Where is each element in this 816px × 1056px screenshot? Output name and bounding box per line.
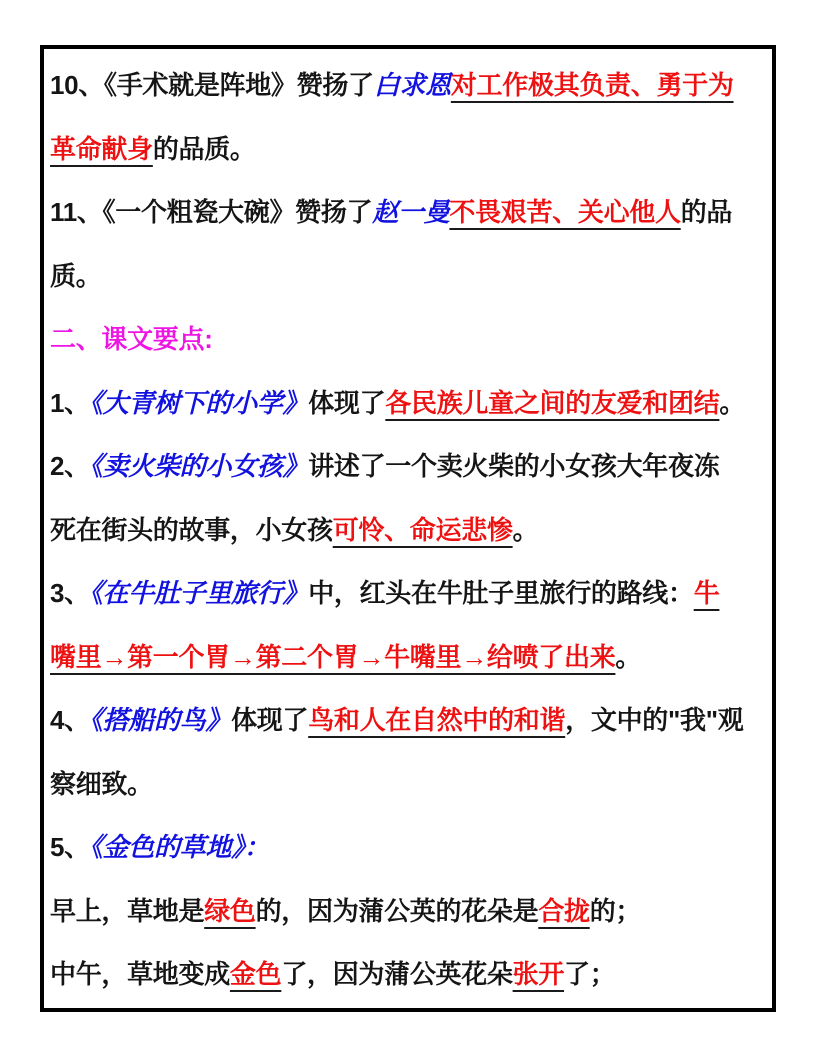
text-line: 死在街头的故事，小女孩可怜、命运悲惨。 [50, 499, 770, 563]
body-text-run: ，文中的"我"观 [565, 705, 743, 735]
key-point-run: 鸟和人在自然中的和谐 [308, 705, 565, 735]
key-point-run: 张开 [513, 959, 564, 989]
key-point-run: 可怜、命运悲惨 [333, 515, 513, 545]
body-text-run: 中，红头在牛肚子里旅行的路线： [308, 578, 694, 608]
body-text-run: 的； [590, 896, 641, 926]
body-text-run: 5、 [50, 832, 90, 862]
book-title-run: 《金色的草地》： [90, 833, 270, 862]
text-line: 二、课文要点: [50, 308, 770, 372]
text-line: 2、《卖火柴的小女孩》讲述了一个卖火柴的小女孩大年夜冻 [50, 435, 770, 499]
text-line: 10、《手术就是阵地》赞扬了白求恩对工作极其负责、勇于为 [50, 54, 770, 118]
key-point-run: 嘴里→第一个胃→第二个胃→牛嘴里→给喷了出来 [50, 642, 615, 672]
key-point-run: 各民族儿童之间的友爱和团结 [385, 388, 719, 418]
text-line: 中午，草地变成金色了，因为蒲公英花朵张开了； [50, 943, 770, 1007]
key-point-run: 金色 [230, 959, 281, 989]
body-text-run: 讲述了一个卖火柴的小女孩大年夜冻 [308, 451, 719, 481]
body-text-run: 2、 [50, 451, 90, 481]
body-text-run: 体现了 [231, 705, 308, 735]
body-text-run: 4、 [50, 705, 90, 735]
body-text-run: 死在街头的故事，小女孩 [50, 515, 333, 545]
text-line: 察细致。 [50, 753, 770, 817]
text-line: 1、《大青树下的小学》体现了各民族儿童之间的友爱和团结。 [50, 372, 770, 436]
body-text-run: 察细致。 [50, 769, 153, 799]
body-text-run: 的品 [681, 197, 732, 227]
study-notes-page: 10、《手术就是阵地》赞扬了白求恩对工作极其负责、勇于为革命献身的品质。11、《… [0, 0, 816, 1056]
body-text-run: 体现了 [308, 388, 385, 418]
key-point-run: 对工作极其负责、勇于为 [451, 70, 734, 100]
text-line: 早上，草地是绿色的，因为蒲公英的花朵是合拢的； [50, 880, 770, 944]
text-line: 3、《在牛肚子里旅行》中，红头在牛肚子里旅行的路线：牛 [50, 562, 770, 626]
body-text-run: 早上，草地是 [50, 896, 204, 926]
body-text-run: 10、《手术就是阵地》赞扬了 [50, 70, 374, 100]
document-border-box: 10、《手术就是阵地》赞扬了白求恩对工作极其负责、勇于为革命献身的品质。11、《… [40, 45, 776, 1012]
body-text-run: 了； [564, 959, 615, 989]
body-text-run: 的品质。 [153, 134, 256, 164]
body-text-run: 了，因为蒲公英花朵 [281, 959, 512, 989]
text-line: 嘴里→第一个胃→第二个胃→牛嘴里→给喷了出来。 [50, 626, 770, 690]
section-heading-run: 二、课文要点: [50, 324, 213, 354]
key-point-run: 牛 [694, 578, 720, 608]
body-text-run: 的，因为蒲公英的花朵是 [256, 896, 539, 926]
body-text-run: 。 [513, 515, 539, 545]
body-text-run: 中午，草地变成 [50, 959, 230, 989]
body-text-run: 3、 [50, 578, 90, 608]
key-point-run: 合拢 [538, 896, 589, 926]
body-text-run: 1、 [50, 388, 90, 418]
text-line: 4、《搭船的鸟》体现了鸟和人在自然中的和谐，文中的"我"观 [50, 689, 770, 753]
body-text-run: 。 [615, 642, 641, 672]
text-lines-container: 10、《手术就是阵地》赞扬了白求恩对工作极其负责、勇于为革命献身的品质。11、《… [50, 54, 770, 1007]
person-name-run: 白求恩 [374, 71, 451, 100]
key-point-run: 革命献身 [50, 134, 153, 164]
text-line: 5、《金色的草地》： [50, 816, 770, 880]
key-point-run: 绿色 [204, 896, 255, 926]
book-title-run: 《搭船的鸟》 [90, 706, 231, 735]
book-title-run: 《卖火柴的小女孩》 [90, 452, 308, 481]
text-line: 质。 [50, 245, 770, 309]
body-text-run: 11、《一个粗瓷大碗》赞扬了 [50, 197, 372, 227]
body-text-run: 。 [719, 388, 745, 418]
book-title-run: 《在牛肚子里旅行》 [90, 579, 308, 608]
book-title-run: 《大青树下的小学》 [90, 389, 308, 418]
text-line: 11、《一个粗瓷大碗》赞扬了赵一曼不畏艰苦、关心他人的品 [50, 181, 770, 245]
key-point-run: 不畏艰苦、关心他人 [449, 197, 680, 227]
body-text-run: 质。 [50, 261, 101, 291]
person-name-run: 赵一曼 [372, 198, 449, 227]
text-line: 革命献身的品质。 [50, 118, 770, 182]
